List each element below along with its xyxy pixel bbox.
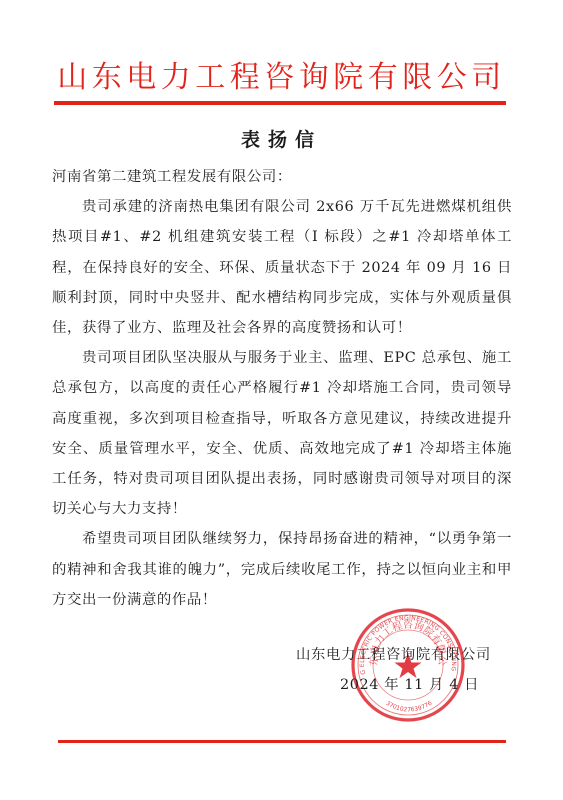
signature-company: 山东电力工程咨询院有限公司 (296, 640, 516, 670)
signature-date: 2024 年 11 月 4 日 (296, 670, 516, 700)
letter-body: 河南省第二建筑工程发展有限公司： 贵司承建的济南热电集团有限公司 2x66 万千… (52, 162, 512, 615)
salutation: 河南省第二建筑工程发展有限公司： (52, 162, 512, 192)
paragraph-1: 贵司承建的济南热电集团有限公司 2x66 万千瓦先进燃煤机组供热项目#1、#2 … (52, 192, 512, 343)
paragraph-2: 贵司项目团队坚决服从与服务于业主、监理、EPC 总承包、施工总承包方，以高度的责… (52, 343, 512, 524)
footer-divider (58, 740, 506, 743)
letterhead-divider (54, 101, 506, 105)
signature-block: 山东电力工程咨询院有限公司 2024 年 11 月 4 日 (296, 640, 516, 700)
letterhead-company-name: 山东电力工程咨询院有限公司 (50, 58, 513, 98)
document-title: 表扬信 (0, 125, 563, 152)
paragraph-3: 希望贵司项目团队继续努力，保持昂扬奋进的精神，“以勇争第一的精神和舍我其谁的魄力… (52, 524, 512, 615)
